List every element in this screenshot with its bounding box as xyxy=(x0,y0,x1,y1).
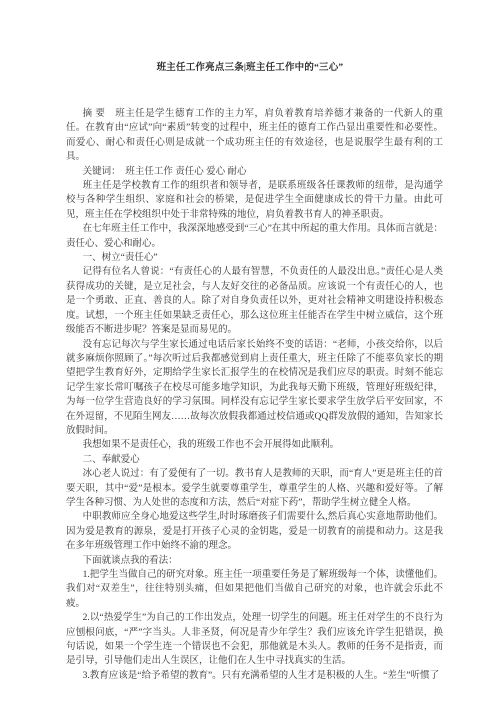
paragraph: 我想如果不是责任心，我的班级工作也不会开展得如此顺利。 xyxy=(66,438,443,452)
keywords: 关键词： 班主任工作 责任心 爱心 耐心 xyxy=(66,165,443,179)
paragraph: 冰心老人说过：有了爱便有了一切。教书育人是教师的天职，而“育人”更是班主任的首要… xyxy=(66,467,443,510)
paragraph: 没有忘记每次与学生家长通过电话后家长始终不变的话语：“老师，小孩交给你，以后就多… xyxy=(66,338,443,439)
list-item-3: 3.教育应该是“给予希望的教育”。只有充满希望的人生才是积极的人生。“差生”听惯… xyxy=(66,669,443,683)
list-item-2: 2.以“热爱学生”为自己的工作出发点，处理一切学生的问题。班主任对学生的不良行为… xyxy=(66,611,443,669)
paragraph-intro: 班主任是学校教育工作的组织者和领导者，是联系班级各任课教师的纽带，是沟通学校与各… xyxy=(66,179,443,222)
abstract: 摘 要 班主任是学生德育工作的主力军，肩负着教育培养德才兼备的一代新人的重任。在… xyxy=(66,107,443,165)
paragraph: 记得有位名人曾说：“有责任心的人最有智慧，不负责任的人最没出息。”责任心是人类获… xyxy=(66,265,443,337)
paragraph: 中职教师应全身心地爱这些学生,时时琢磨孩子们需要什么,然后真心实意地帮助他们。因… xyxy=(66,510,443,553)
document-body: 摘 要 班主任是学生德育工作的主力军，肩负着教育培养德才兼备的一代新人的重任。在… xyxy=(66,107,443,683)
paragraph: 下面就谈点我的看法： xyxy=(66,554,443,568)
section-heading-2: 二、奉献爱心 xyxy=(66,453,443,467)
list-item-1: 1.把学生当做自己的研究对象。班主任一项重要任务是了解班级每一个体，读懂他们。我… xyxy=(66,568,443,611)
paragraph-three-hearts: 在七年班主任工作中，我深深地感受到“三心”在其中所起的重大作用。具体而言就是：责… xyxy=(66,222,443,251)
document-page: 班主任工作亮点三条|班主任工作中的“三心” 摘 要 班主任是学生德育工作的主力军… xyxy=(0,0,500,707)
section-heading-1: 一、树立“责任心” xyxy=(66,251,443,265)
document-title: 班主任工作亮点三条|班主任工作中的“三心” xyxy=(0,62,500,75)
